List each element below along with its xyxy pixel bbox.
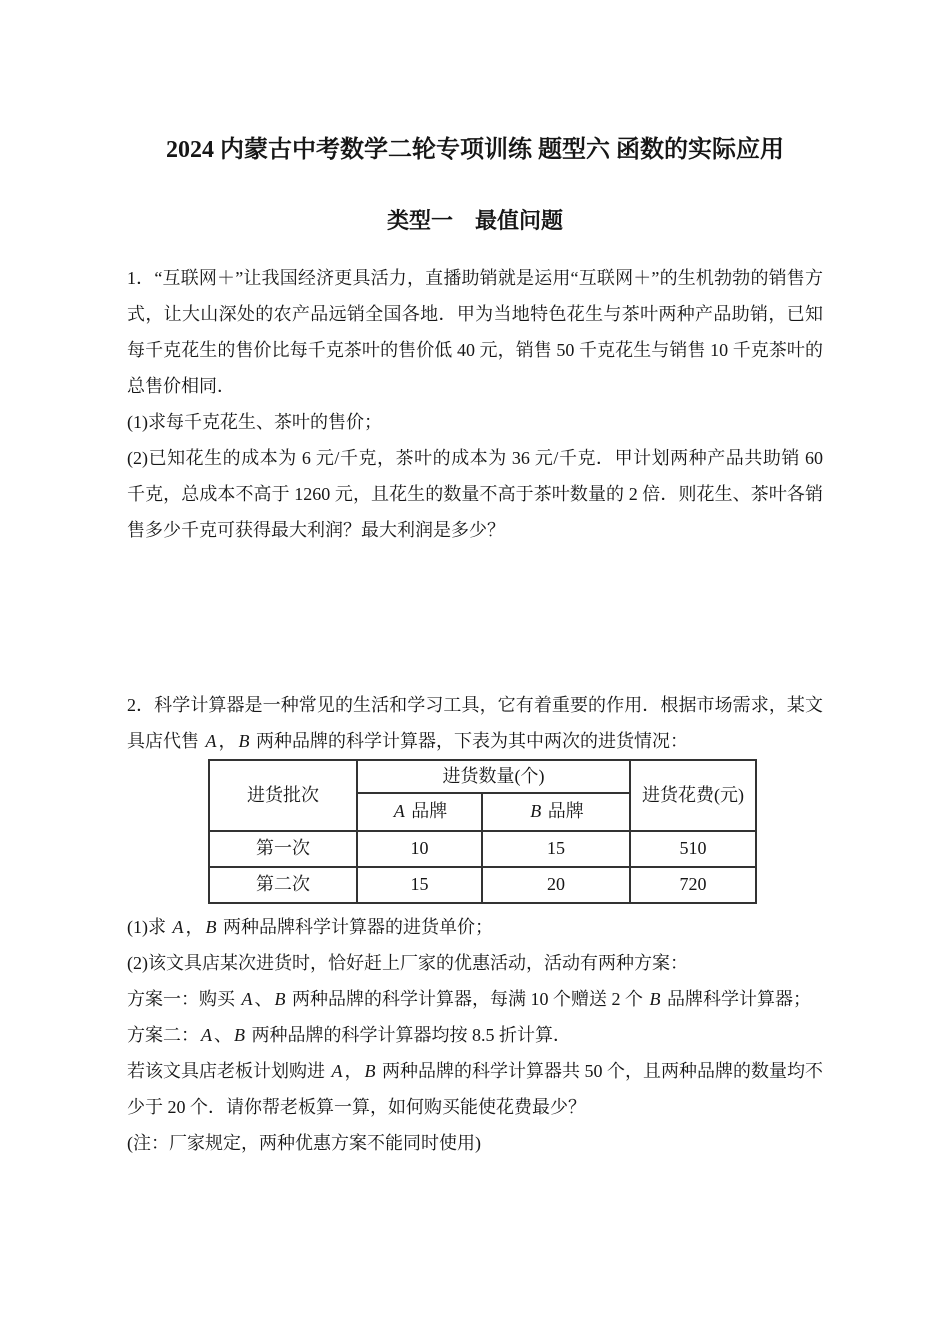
- text-run: ，: [345, 1061, 363, 1081]
- variable-b: B: [273, 989, 288, 1009]
- table-header-brand-a: A 品牌: [357, 793, 482, 831]
- table-row: 第二次 15 20 720: [209, 867, 756, 903]
- cell-cost: 720: [630, 867, 756, 903]
- cell-brand-b-qty: 15: [482, 831, 630, 867]
- problem1-part2: (2)已知花生的成本为 6 元/千克，茶叶的成本为 36 元/千克．甲计划两种产…: [127, 440, 823, 548]
- problem1-intro: 1．“互联网＋”让我国经济更具活力，直播助销就是运用“互联网＋”的生机勃勃的销售…: [127, 260, 823, 404]
- text-run: ，: [186, 917, 204, 937]
- cell-cost: 510: [630, 831, 756, 867]
- table-header-quantity: 进货数量(个): [357, 760, 630, 793]
- section-heading: 类型一 最值问题: [127, 206, 823, 235]
- purchase-table: 进货批次 进货数量(个) 进货花费(元) A 品牌 B 品牌 第一次 10 15…: [208, 759, 757, 904]
- document-page: 2024 内蒙古中考数学二轮专项训练 题型六 函数的实际应用 类型一 最值问题 …: [0, 0, 950, 1344]
- text-run: 两种品牌的科学计算器，每满 10 个赠送 2 个: [288, 989, 648, 1009]
- problem2-plan2: 方案二：A、B 两种品牌的科学计算器均按 8.5 折计算．: [127, 1017, 823, 1053]
- cell-batch: 第二次: [209, 867, 357, 903]
- variable-b: B: [528, 801, 543, 821]
- variable-a: A: [171, 917, 186, 937]
- text-run: 品牌科学计算器；: [663, 989, 812, 1009]
- problem2-constraint: 若该文具店老板计划购进 A，B 两种品牌的科学计算器共 50 个，且两种品牌的数…: [127, 1053, 823, 1125]
- cell-batch: 第一次: [209, 831, 357, 867]
- text-run: 、: [255, 989, 273, 1009]
- cell-brand-a-qty: 15: [357, 867, 482, 903]
- text-run: 品牌: [407, 801, 448, 821]
- problem-1: 1．“互联网＋”让我国经济更具活力，直播助销就是运用“互联网＋”的生机勃勃的销售…: [127, 260, 823, 548]
- problem2-plan1: 方案一：购买 A、B 两种品牌的科学计算器，每满 10 个赠送 2 个 B 品牌…: [127, 981, 823, 1017]
- text-run: 两种品牌的科学计算器，下表为其中两次的进货情况：: [252, 731, 689, 751]
- text-run: 方案一：购买: [127, 989, 240, 1009]
- cell-brand-a-qty: 10: [357, 831, 482, 867]
- text-run: 两种品牌科学计算器的进货单价；: [219, 917, 494, 937]
- variable-b: B: [648, 989, 663, 1009]
- text-run: 若该文具店老板计划购进: [127, 1061, 330, 1081]
- cell-brand-b-qty: 20: [482, 867, 630, 903]
- problem2-part1: (1)求 A，B 两种品牌科学计算器的进货单价；: [127, 909, 823, 945]
- page-title: 2024 内蒙古中考数学二轮专项训练 题型六 函数的实际应用: [127, 134, 823, 167]
- text-run: 品牌: [543, 801, 584, 821]
- variable-a: A: [330, 1061, 345, 1081]
- variable-b: B: [204, 917, 219, 937]
- table-row: 第一次 10 15 510: [209, 831, 756, 867]
- text-run: ，: [219, 731, 237, 751]
- table-header-cost: 进货花费(元): [630, 760, 756, 831]
- variable-a: A: [199, 1025, 214, 1045]
- text-run: 两种品牌的科学计算器均按 8.5 折计算．: [247, 1025, 571, 1045]
- text-run: 方案二：: [127, 1025, 199, 1045]
- problem1-part1: (1)求每千克花生、茶叶的售价；: [127, 404, 823, 440]
- problem2-note: (注：厂家规定，两种优惠方案不能同时使用): [127, 1125, 823, 1161]
- variable-b: B: [237, 731, 252, 751]
- problem2-part2: (2)该文具店某次进货时，恰好赶上厂家的优惠活动，活动有两种方案：: [127, 945, 823, 981]
- variable-b: B: [363, 1061, 378, 1081]
- table-header-batch: 进货批次: [209, 760, 357, 831]
- variable-b: B: [232, 1025, 247, 1045]
- problem-2: 2．科学计算器是一种常见的生活和学习工具，它有着重要的作用．根据市场需求，某文具…: [127, 687, 823, 1161]
- variable-a: A: [204, 731, 219, 751]
- variable-a: A: [392, 801, 407, 821]
- text-run: (1)求: [127, 917, 171, 937]
- text-run: 、: [214, 1025, 232, 1045]
- variable-a: A: [240, 989, 255, 1009]
- table-header-brand-b: B 品牌: [482, 793, 630, 831]
- problem2-intro: 2．科学计算器是一种常见的生活和学习工具，它有着重要的作用．根据市场需求，某文具…: [127, 687, 823, 759]
